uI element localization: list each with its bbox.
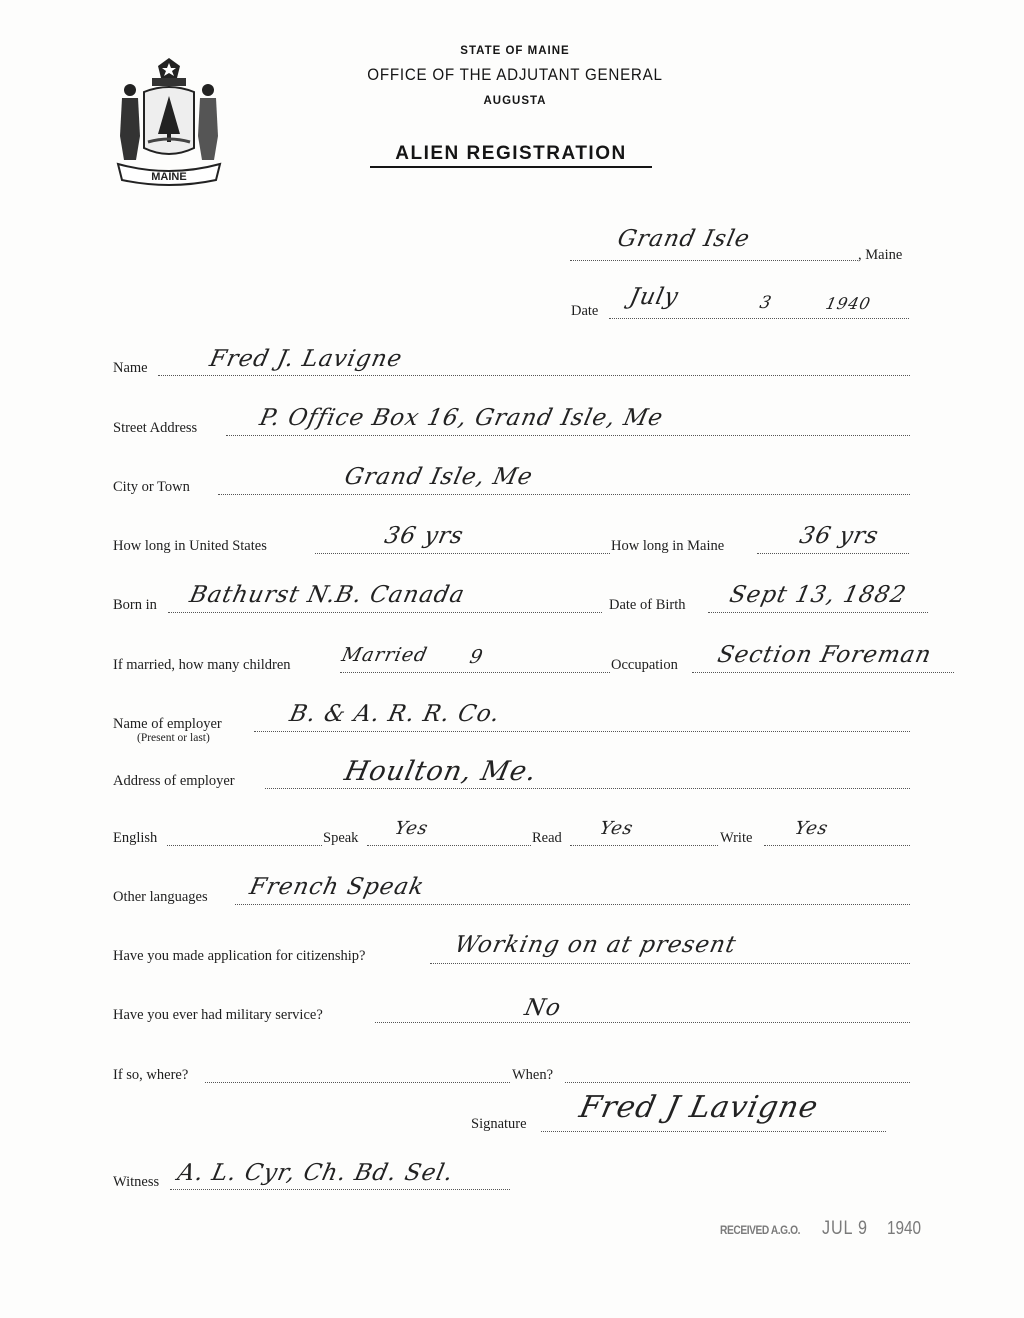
employer-address-line [265, 788, 910, 789]
employer-address-label: Address of employer [113, 773, 235, 790]
read-value[interactable]: Yes [598, 818, 636, 839]
how-long-maine-line [757, 553, 909, 554]
born-in-label: Born in [113, 597, 157, 614]
born-in-value[interactable]: Bathurst N.B. Canada [187, 582, 467, 608]
date-line [609, 318, 909, 319]
citizenship-label: Have you made application for citizenshi… [113, 948, 365, 965]
when-label: When? [512, 1067, 553, 1084]
witness-value[interactable]: A. L. Cyr, Ch. Bd. Sel. [175, 1160, 456, 1186]
children-label: If married, how many children [113, 657, 291, 674]
speak-label: Speak [323, 830, 358, 847]
other-languages-value[interactable]: French Speak [247, 874, 427, 900]
write-value[interactable]: Yes [793, 818, 831, 839]
if-so-where-line[interactable] [205, 1082, 510, 1083]
stamp-received: RECEIVED A.G.O. [720, 1223, 800, 1237]
other-languages-line [235, 904, 910, 905]
citizenship-line [430, 963, 910, 964]
stamp-date: JUL 9 [822, 1218, 868, 1240]
form-title: ALIEN REGISTRATION [370, 143, 652, 168]
employer-name-label: Name of employer [113, 716, 222, 733]
military-line [375, 1022, 910, 1023]
employer-name-line [254, 731, 910, 732]
if-so-where-label: If so, where? [113, 1067, 188, 1084]
date-label: Date [571, 303, 598, 320]
children-status-value[interactable]: Married [340, 644, 430, 666]
header-city: AUGUSTA [330, 95, 700, 107]
date-of-birth-label: Date of Birth [609, 597, 686, 614]
read-label: Read [532, 830, 562, 847]
speak-line [367, 845, 531, 846]
how-long-us-value[interactable]: 36 yrs [382, 523, 466, 549]
write-line [764, 845, 910, 846]
name-line [158, 375, 910, 376]
stamp-year: 1940 [887, 1218, 921, 1239]
received-stamp: RECEIVED A.G.O. JUL 9 1940 [713, 1218, 924, 1240]
born-in-line [168, 612, 602, 613]
read-line [570, 845, 718, 846]
date-year[interactable]: 1940 [824, 294, 873, 313]
witness-label: Witness [113, 1174, 159, 1191]
street-address-line [226, 435, 910, 436]
occupation-line [692, 672, 954, 673]
street-address-value[interactable]: P. Office Box 16, Grand Isle, Me [257, 405, 665, 431]
employer-name-value[interactable]: B. & A. R. R. Co. [287, 701, 502, 727]
town-value[interactable]: Grand Isle [615, 226, 752, 252]
occupation-value[interactable]: Section Foreman [715, 642, 934, 668]
how-long-maine-label: How long in Maine [611, 538, 724, 555]
write-label: Write [720, 830, 752, 847]
city-line [218, 494, 910, 495]
city-label: City or Town [113, 479, 190, 496]
children-line [340, 672, 610, 673]
how-long-us-label: How long in United States [113, 538, 267, 555]
date-day[interactable]: 3 [758, 293, 774, 313]
english-label: English [113, 830, 157, 847]
military-label: Have you ever had military service? [113, 1007, 323, 1024]
citizenship-value[interactable]: Working on at present [452, 932, 739, 958]
header-office: OFFICE OF THE ADJUTANT GENERAL [345, 66, 685, 85]
signature-value[interactable]: Fred J Lavigne [576, 1090, 821, 1125]
english-line [167, 845, 322, 846]
alien-registration-form: MAINE STATE OF MAINE OFFICE OF THE ADJUT… [0, 0, 1024, 1318]
date-of-birth-line [708, 612, 928, 613]
city-value[interactable]: Grand Isle, Me [342, 464, 535, 490]
town-suffix: , Maine [858, 247, 902, 264]
name-value[interactable]: Fred J. Lavigne [207, 346, 405, 372]
occupation-label: Occupation [611, 657, 678, 674]
signature-line [541, 1131, 886, 1132]
town-line [570, 260, 858, 261]
speak-value[interactable]: Yes [393, 818, 431, 839]
maine-state-seal-icon: MAINE [114, 56, 224, 188]
street-address-label: Street Address [113, 420, 197, 437]
svg-text:MAINE: MAINE [151, 171, 186, 183]
employer-name-sublabel: (Present or last) [137, 732, 210, 744]
children-count-value[interactable]: 9 [468, 646, 486, 668]
how-long-maine-value[interactable]: 36 yrs [797, 523, 881, 549]
signature-label: Signature [471, 1116, 527, 1133]
date-of-birth-value[interactable]: Sept 13, 1882 [727, 582, 909, 608]
employer-address-value[interactable]: Houlton, Me. [342, 756, 540, 787]
when-line[interactable] [565, 1082, 910, 1083]
how-long-us-line [315, 553, 610, 554]
witness-line [170, 1189, 510, 1190]
military-value[interactable]: No [522, 995, 564, 1021]
other-languages-label: Other languages [113, 889, 208, 906]
name-label: Name [113, 360, 148, 377]
date-month[interactable]: July [627, 284, 681, 310]
header-state: STATE OF MAINE [330, 45, 700, 57]
